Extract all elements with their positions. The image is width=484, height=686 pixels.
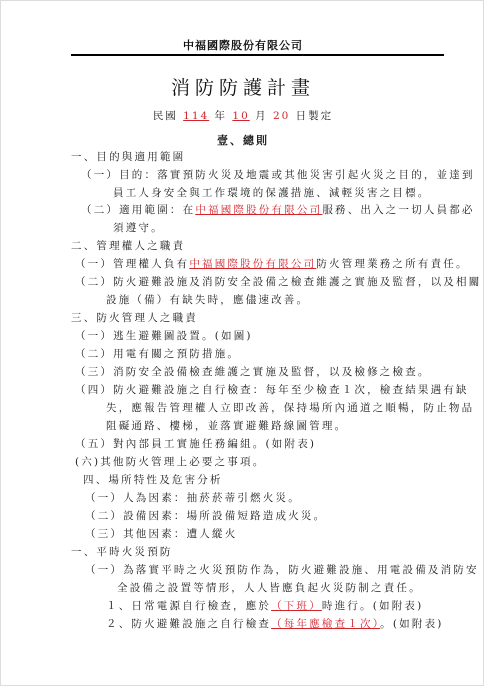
heading-manager-duties: 三、防火管理人之職責: [71, 311, 198, 325]
paragraph-manager-4-cont1: 失，應報告管理權人立即改善，保持場所內通道之順暢，防止物品: [106, 401, 474, 415]
item1-post: 時進行。(如附表): [322, 600, 424, 612]
document-page: 中福國際股份有限公司 消防防護計畫 民國 114 年 10 月 20 日製定 壹…: [0, 0, 484, 686]
paragraph-routine-1-cont: 全設備之設置等情形，人人皆應負起火災防制之責任。: [117, 581, 422, 595]
paragraph-scope: （二）適用範圍：在中福國際股份有限公司服務、出入之一切人員都必: [81, 203, 475, 217]
enactment-date: 民國 114 年 10 月 20 日製定: [1, 108, 484, 123]
paragraph-manager-6: (六)其他防火管理上必要之事項。: [75, 455, 265, 469]
owner-post: 防火管理業務之所有責任。: [316, 258, 468, 270]
company-header: 中福國際股份有限公司: [1, 37, 484, 53]
paragraph-scope-cont: 須遵守。: [113, 221, 164, 235]
date-month: 10: [232, 110, 249, 122]
heading-hazard-analysis: 四、場所特性及危害分析: [83, 473, 223, 487]
date-year: 114: [183, 110, 209, 122]
item1-pre: １、日常電源自行檢查，應於: [106, 600, 271, 612]
header-divider: [71, 54, 444, 56]
paragraph-manager-4: （四）防火避難設施之自行檢查：每年至少檢查１次，檢查結果遇有缺: [75, 383, 469, 397]
date-month-unit: 月: [255, 110, 268, 122]
paragraph-purpose: （一）目的：落實預防火災及地震或其他災害引起火災之目的，並達到: [81, 168, 475, 182]
scope-post: 服務、出入之一切人員都必: [322, 204, 474, 216]
paragraph-manager-3: （三）消防安全設備檢查維護之實施及監督，以及檢修之檢查。: [75, 365, 431, 379]
date-day: 20: [273, 110, 290, 122]
paragraph-manager-4-cont2: 阻礙通路、樓梯，並落實避難路線圖管理。: [106, 419, 347, 433]
date-year-unit: 年: [215, 110, 228, 122]
paragraph-owner-2-cont: 設施（備）有缺失時，應儘速改善。: [106, 293, 309, 307]
offwork-highlight: （下班）: [271, 600, 322, 612]
paragraph-purpose-cont: 員工人身安全與工作環境的保護措施、減輕災害之目標。: [113, 186, 431, 200]
date-prefix: 民國: [153, 110, 178, 122]
annual-check-highlight: （每年應檢查１次）: [271, 618, 380, 630]
paragraph-manager-5: （五）對內部員工實施任務編組。(如附表): [75, 437, 316, 451]
heading-owner-duties: 二、管理權人之職責: [71, 239, 185, 253]
paragraph-hazard-2: （二）設備因素：場所設備短路造成火災。: [85, 509, 326, 523]
scope-pre: （二）適用範圍：在: [81, 204, 195, 216]
company-name-highlight: 中福國際股份有限公司: [189, 258, 316, 270]
paragraph-manager-1: （一）逃生避難圖設置。(如圖): [75, 329, 253, 343]
paragraph-routine-1: （一）為落實平時之火災預防作為，防火避難設施、用電設備及消防安: [85, 563, 479, 577]
paragraph-manager-2: （二）用電有關之預防措施。: [75, 347, 240, 361]
document-title: 消防防護計畫: [1, 73, 484, 100]
paragraph-owner-2: （二）防火避難設施及消防安全設備之檢查維護之實施及監督，以及相關: [75, 275, 481, 289]
section-title: 壹、總則: [1, 132, 484, 148]
paragraph-hazard-1: （一）人為因素：抽菸菸蒂引燃火災。: [85, 491, 301, 505]
paragraph-hazard-3: （三）其他因素：遭人縱火: [85, 527, 237, 541]
item2-post: 。(如附表): [380, 618, 443, 630]
owner-pre: （一）管理權人負有: [75, 258, 189, 270]
company-name-highlight: 中福國際股份有限公司: [195, 204, 322, 216]
paragraph-owner-1: （一）管理權人負有中福國際股份有限公司防火管理業務之所有責任。: [75, 257, 469, 271]
paragraph-routine-item-2: ２、防火避難設施之自行檢查（每年應檢查１次）。(如附表): [106, 617, 444, 631]
heading-purpose-scope: 一、目的與適用範圍: [71, 150, 185, 164]
heading-routine-prevention: 一、平時火災預防: [71, 545, 173, 559]
date-suffix: 日製定: [296, 110, 334, 122]
paragraph-routine-item-1: １、日常電源自行檢查，應於（下班）時進行。(如附表): [106, 599, 423, 613]
item2-pre: ２、防火避難設施之自行檢查: [106, 618, 271, 630]
